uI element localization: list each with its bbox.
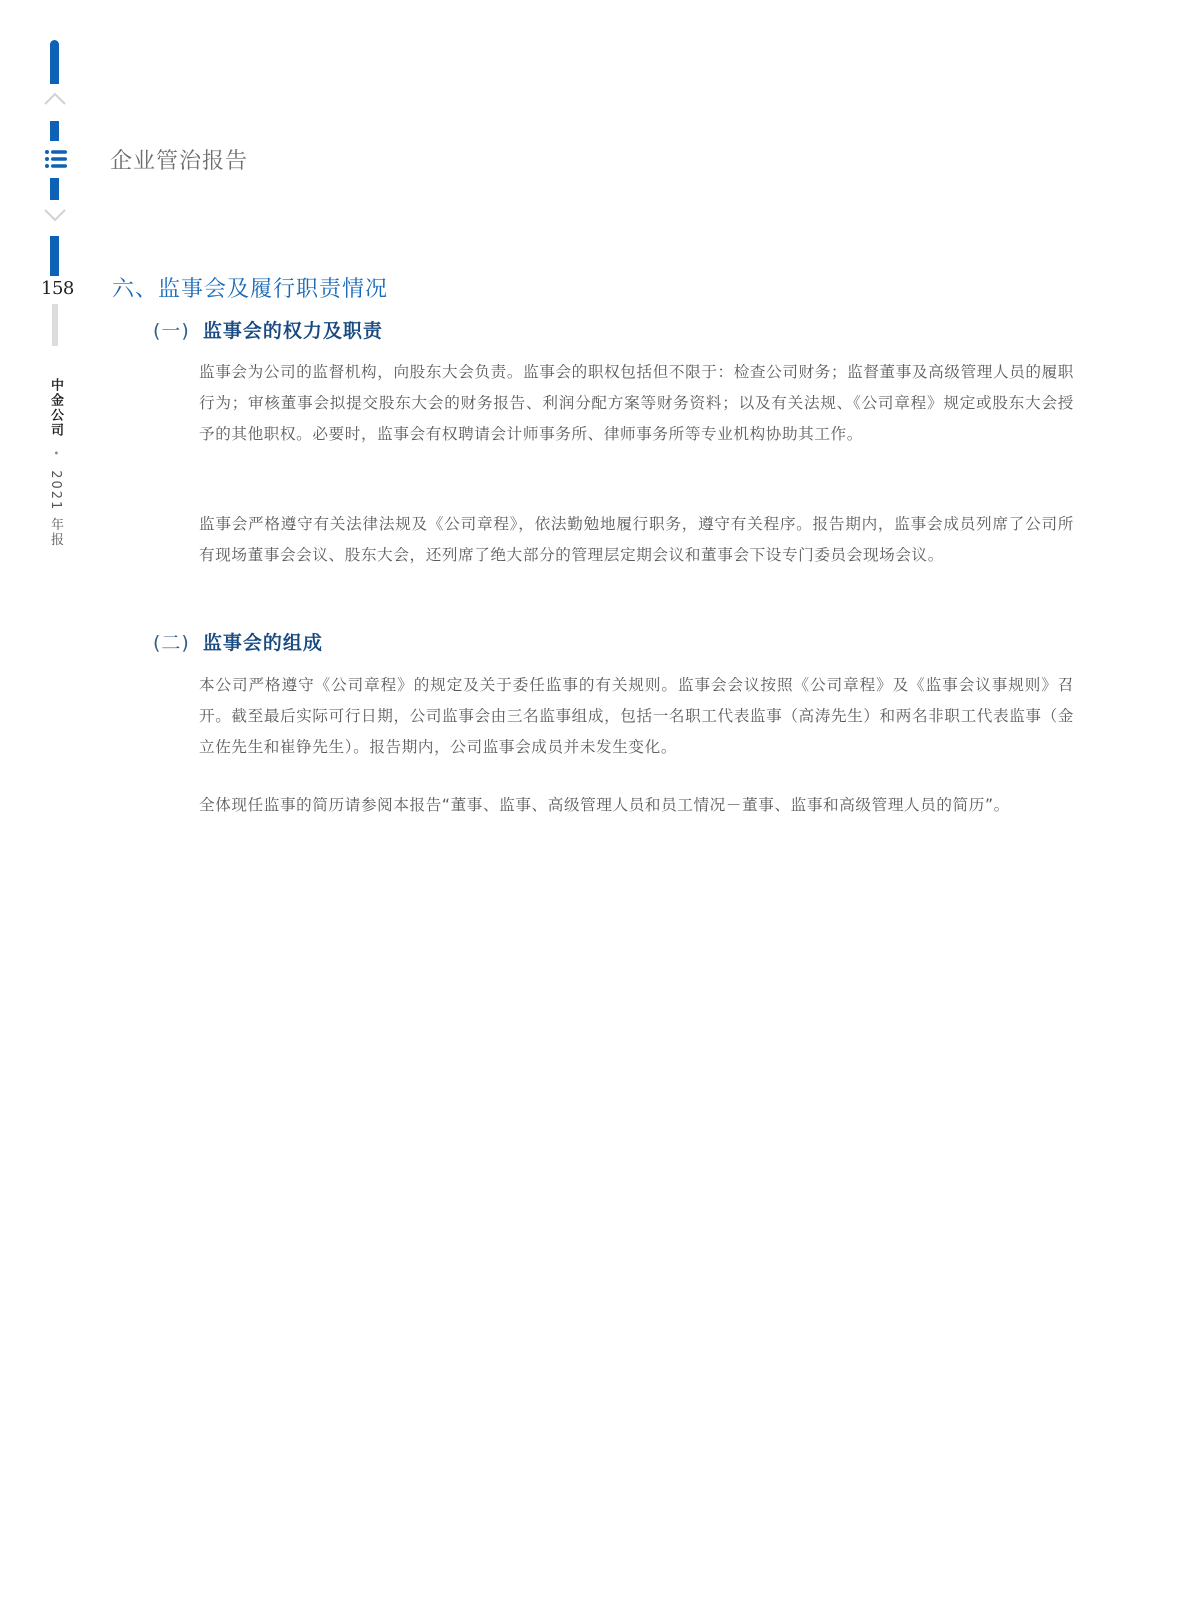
subsection-heading: (一) 监事会的权力及职责 xyxy=(153,316,383,343)
rail-bar-top xyxy=(50,40,59,84)
chevron-up-icon[interactable] xyxy=(43,90,67,106)
company-name: 中金公司 xyxy=(48,378,63,438)
report-title: 企业管治报告 xyxy=(110,144,248,175)
subsection-title: 监事会的权力及职责 xyxy=(203,320,383,342)
page-number: 158 xyxy=(41,278,71,299)
list-icon[interactable] xyxy=(44,147,68,171)
subsection-number: (二) xyxy=(153,632,190,654)
subsection-number: (一) xyxy=(153,320,190,342)
paragraph: 本公司严格遵守《公司章程》的规定及关于委任监事的有关规则。监事会会议按照《公司章… xyxy=(199,670,1074,763)
separator-dot: • xyxy=(50,450,61,458)
rail-divider xyxy=(52,304,58,346)
rail-bar-bottom xyxy=(50,236,59,276)
rail-bar-segment xyxy=(50,178,59,200)
paragraph: 监事会为公司的监督机构，向股东大会负责。监事会的职权包括但不限于：检查公司财务；… xyxy=(199,357,1074,450)
vertical-brand-label: 中金公司 • 2021 年报 xyxy=(45,378,65,547)
rail-bar-segment xyxy=(50,121,59,141)
chevron-down-icon[interactable] xyxy=(43,208,67,224)
subsection-title: 监事会的组成 xyxy=(203,632,323,654)
subsection-heading: (二) 监事会的组成 xyxy=(153,628,323,655)
section-title: 六、监事会及履行职责情况 xyxy=(112,272,388,303)
paragraph: 监事会严格遵守有关法律法规及《公司章程》，依法勤勉地履行职务，遵守有关程序。报告… xyxy=(199,509,1074,571)
paragraph: 全体现任监事的简历请参阅本报告“董事、监事、高级管理人员和员工情况－董事、监事和… xyxy=(199,790,1074,821)
report-year: 2021 年报 xyxy=(48,470,63,547)
